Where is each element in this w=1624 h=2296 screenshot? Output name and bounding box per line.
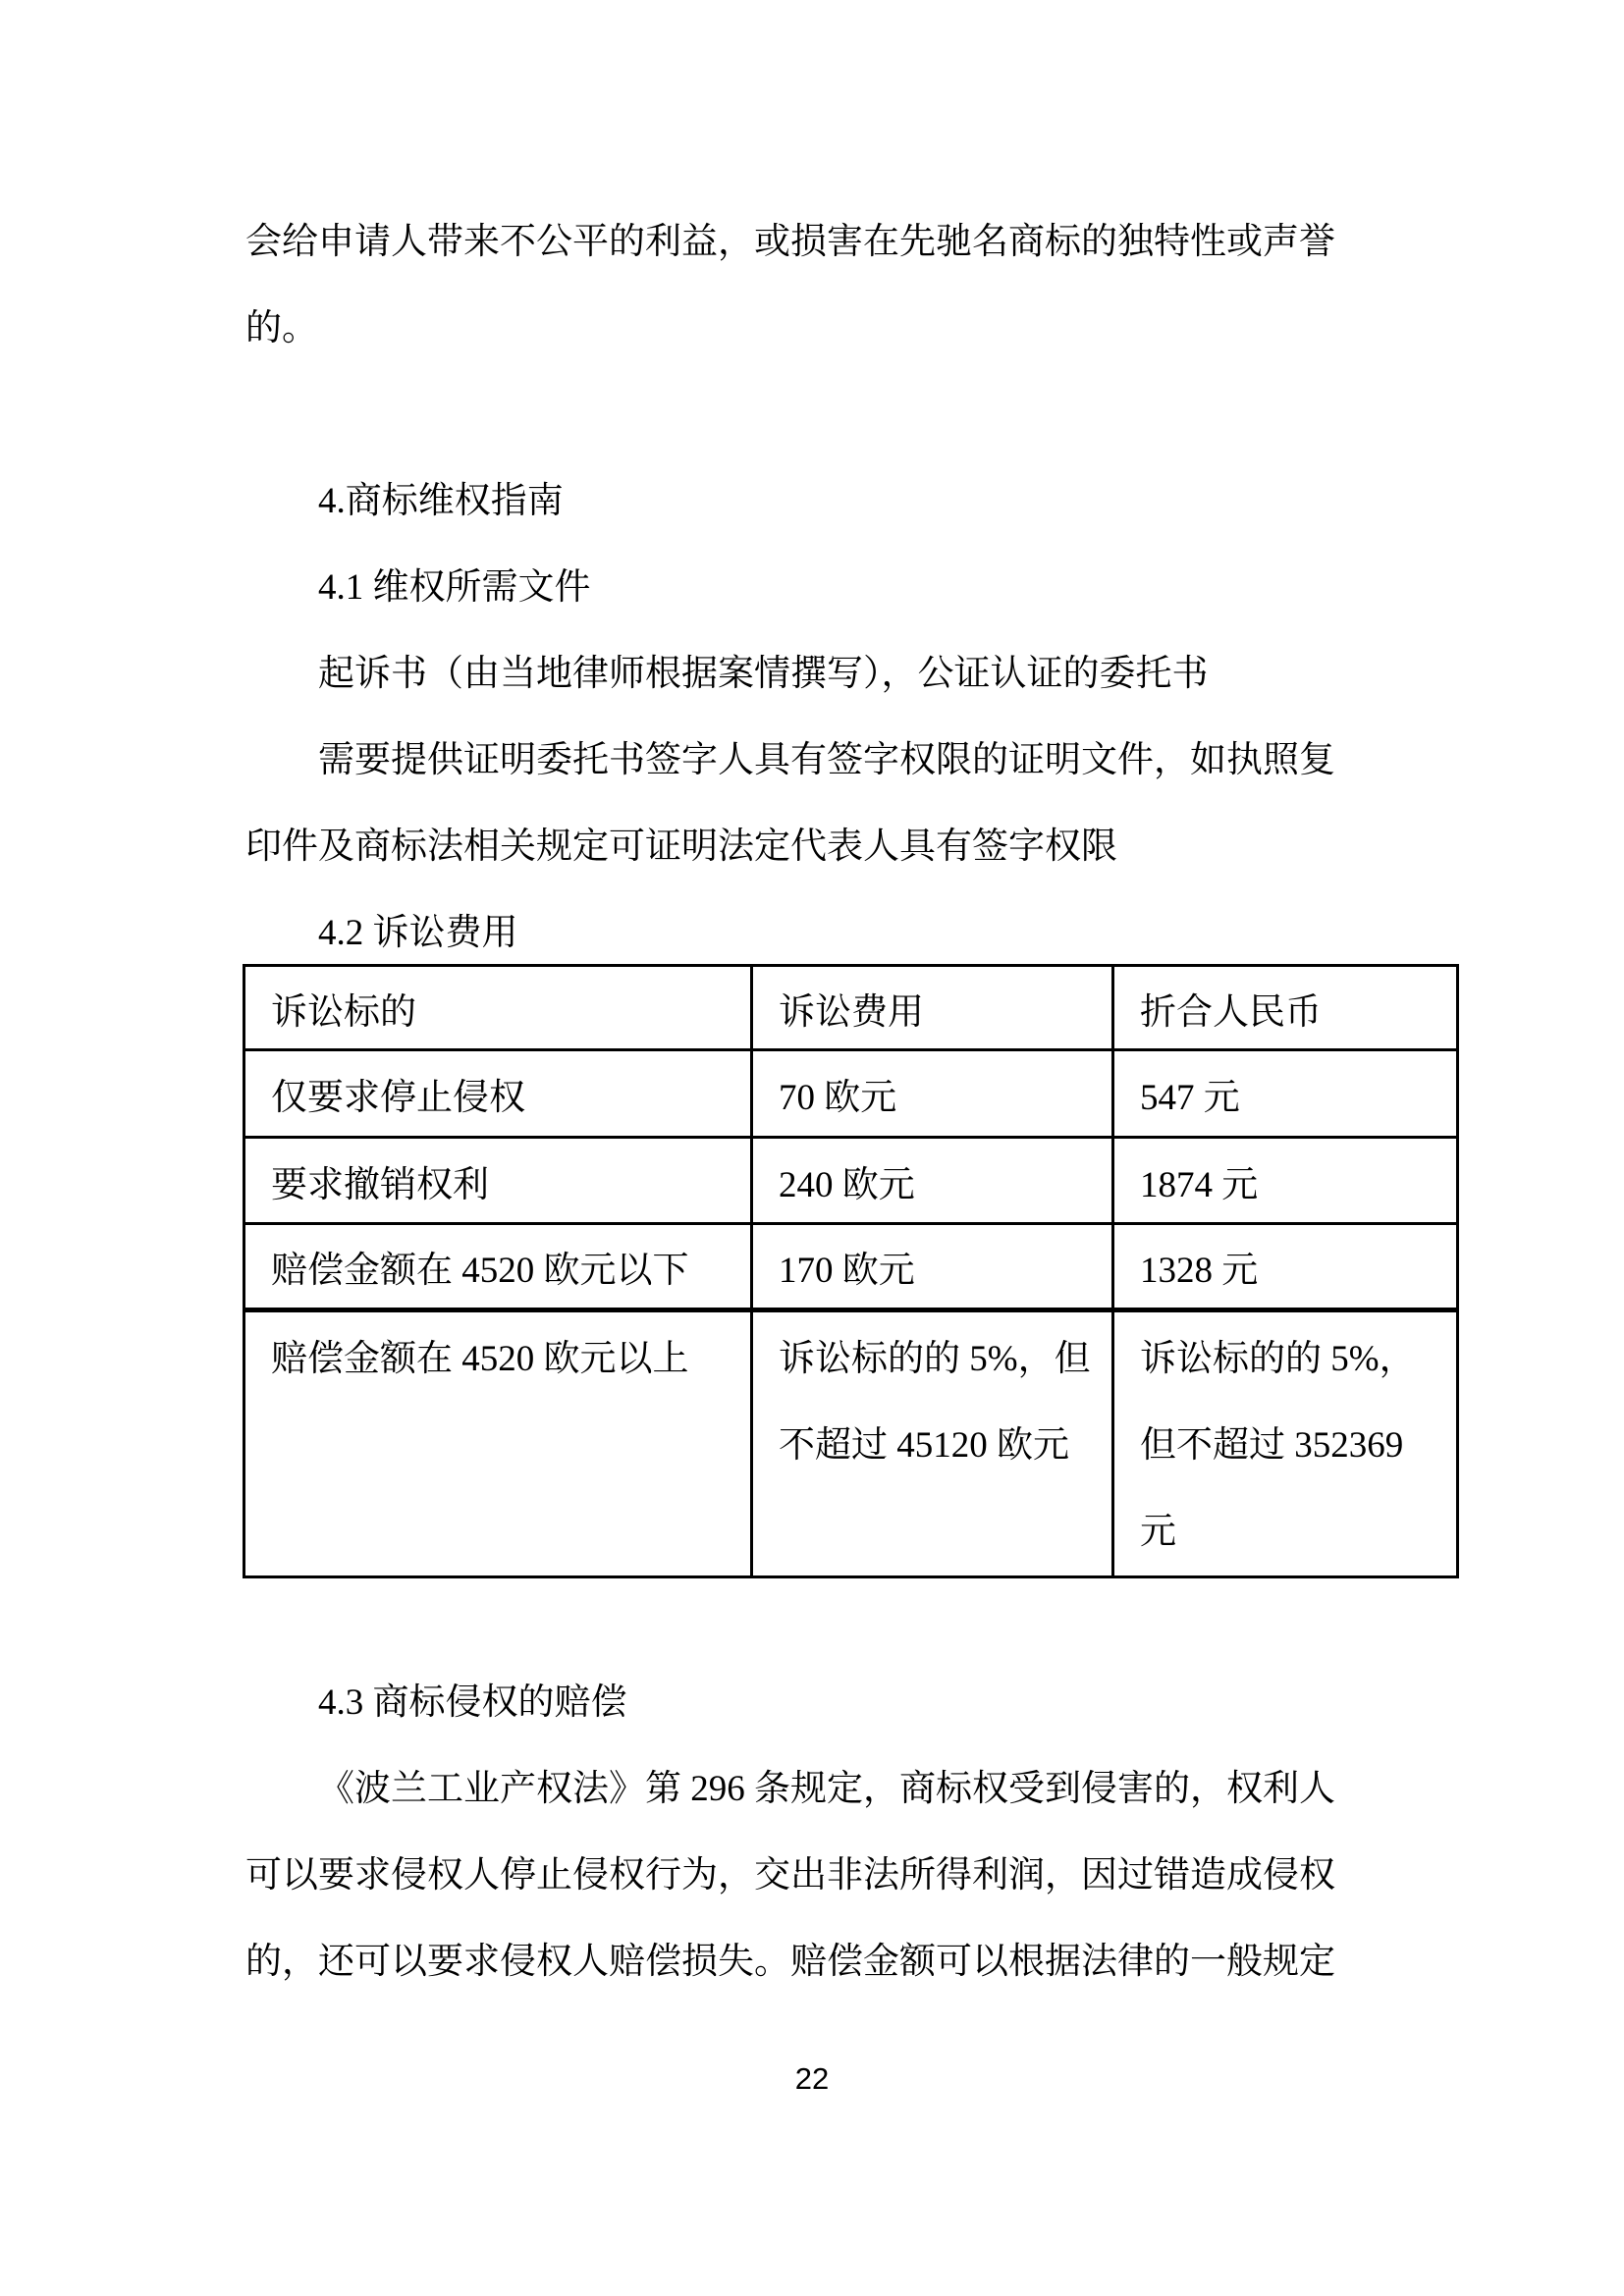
section-heading-4-1: 4.1 维权所需文件 [245,545,1443,631]
table-row: 仅要求停止侵权 70 欧元 547 元 [244,1050,1458,1138]
table-header-cell: 诉讼费用 [752,966,1113,1050]
table-cell: 1874 元 [1113,1138,1458,1224]
paragraph-line: 起诉书（由当地律师根据案情撰写），公证认证的委托书 [245,631,1443,718]
table-row: 赔偿金额在 4520 欧元以上 诉讼标的的 5%，但不超过 45120 欧元 诉… [244,1310,1458,1577]
table-header-cell: 诉讼标的 [244,966,752,1050]
document-page: 会给申请人带来不公平的利益，或损害在先驰名商标的独特性或声誉 的。 4.商标维权… [0,0,1624,2296]
body-text-lower: 4.3 商标侵权的赔偿 《波兰工业产权法》第 296 条规定，商标权受到侵害的，… [245,1660,1443,2005]
paragraph-line: 《波兰工业产权法》第 296 条规定，商标权受到侵害的，权利人 [245,1746,1443,1833]
page-number: 22 [0,2059,1624,2099]
table-cell: 70 欧元 [752,1050,1113,1138]
table-cell: 240 欧元 [752,1138,1113,1224]
body-text-upper: 会给申请人带来不公平的利益，或损害在先驰名商标的独特性或声誉 的。 4.商标维权… [245,199,1443,977]
table-header-cell: 折合人民币 [1113,966,1458,1050]
table-row: 要求撤销权利 240 欧元 1874 元 [244,1138,1458,1224]
section-heading-4-3: 4.3 商标侵权的赔偿 [245,1660,1443,1746]
section-heading-4: 4.商标维权指南 [245,458,1443,545]
table-cell: 1328 元 [1113,1224,1458,1310]
paragraph-line: 可以要求侵权人停止侵权行为，交出非法所得利润，因过错造成侵权 [245,1833,1443,1919]
table-cell: 547 元 [1113,1050,1458,1138]
table-cell: 170 欧元 [752,1224,1113,1310]
paragraph-line: 的，还可以要求侵权人赔偿损失。赔偿金额可以根据法律的一般规定 [245,1919,1443,2005]
table-cell: 赔偿金额在 4520 欧元以上 [244,1310,752,1577]
paragraph-line: 印件及商标法相关规定可证明法定代表人具有签字权限 [245,804,1443,890]
table-header-row: 诉讼标的 诉讼费用 折合人民币 [244,966,1458,1050]
paragraph-line: 的。 [245,286,1443,372]
litigation-fee-table: 诉讼标的 诉讼费用 折合人民币 仅要求停止侵权 70 欧元 547 元 要求撤销… [243,964,1459,1578]
table-cell: 诉讼标的的 5%，但不超过 45120 欧元 [752,1310,1113,1577]
blank-line [245,372,1443,458]
table-cell: 赔偿金额在 4520 欧元以下 [244,1224,752,1310]
table-row: 赔偿金额在 4520 欧元以下 170 欧元 1328 元 [244,1224,1458,1310]
table-cell: 诉讼标的的 5%，但不超过 352369 元 [1113,1310,1458,1577]
paragraph-line: 需要提供证明委托书签字人具有签字权限的证明文件，如执照复 [245,718,1443,804]
paragraph-line: 会给申请人带来不公平的利益，或损害在先驰名商标的独特性或声誉 [245,199,1443,286]
table-cell: 仅要求停止侵权 [244,1050,752,1138]
table-cell: 要求撤销权利 [244,1138,752,1224]
